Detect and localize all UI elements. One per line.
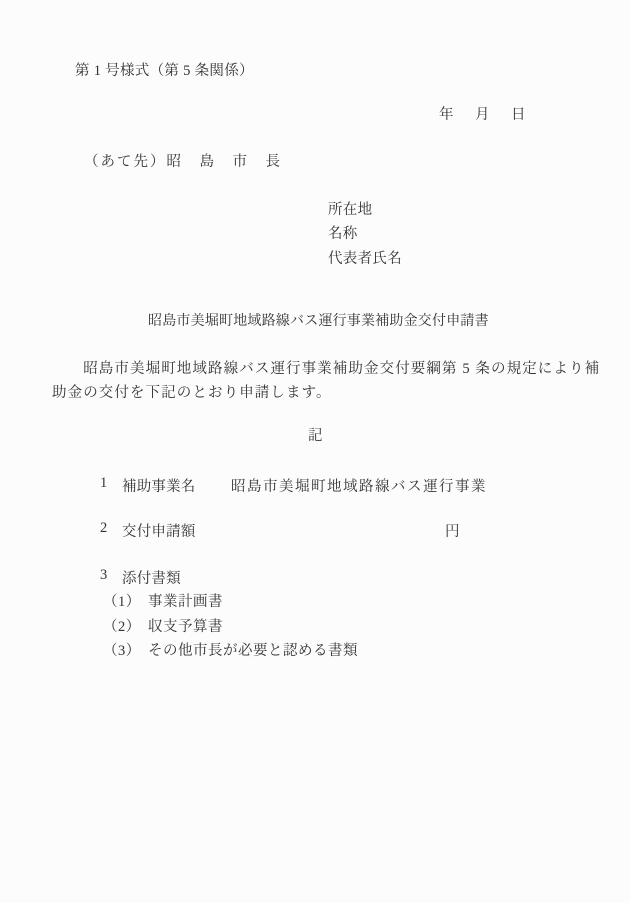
application-form-page: 第 1 号様式（第 5 条関係） 年 月 日 （あて先）昭 島 市 長 所在地 …: [0, 0, 630, 903]
attachment-text: その他市長が必要と認める書類: [148, 639, 358, 660]
attachment-marker: （3）: [103, 639, 141, 660]
date-line: 年 月 日: [439, 107, 529, 124]
item-label: 添付書類: [122, 567, 181, 588]
item-number: 2: [100, 520, 107, 537]
attachment-text: 収支予算書: [148, 615, 223, 636]
list-marker-ki: 記: [308, 428, 323, 445]
attachment-marker: （2）: [103, 615, 141, 636]
item-label: 交付申請額: [122, 520, 196, 541]
addressee-line: （あて先）昭 島 市 長: [84, 154, 282, 171]
applicant-field-address: 所在地: [328, 202, 372, 219]
body-paragraph-line-2: 助金の交付を下記のとおり申請します。: [52, 385, 332, 402]
item-value: 昭島市美堀町地域路線バス運行事業: [231, 475, 487, 496]
attachment-marker: （1）: [103, 590, 141, 611]
attachment-text: 事業計画書: [148, 590, 223, 611]
applicant-field-representative: 代表者氏名: [328, 251, 402, 268]
item-number: 1: [100, 475, 107, 492]
body-paragraph-line-1: 昭島市美堀町地域路線バス運行事業補助金交付要綱第 5 条の規定により補: [52, 361, 600, 378]
item-unit-yen: 円: [445, 520, 460, 541]
item-label: 補助事業名: [122, 475, 196, 496]
form-number: 第 1 号様式（第 5 条関係）: [75, 63, 254, 80]
item-number: 3: [100, 567, 107, 584]
document-title: 昭島市美堀町地域路線バス運行事業補助金交付申請書: [148, 314, 489, 330]
applicant-field-name: 名称: [328, 226, 358, 243]
